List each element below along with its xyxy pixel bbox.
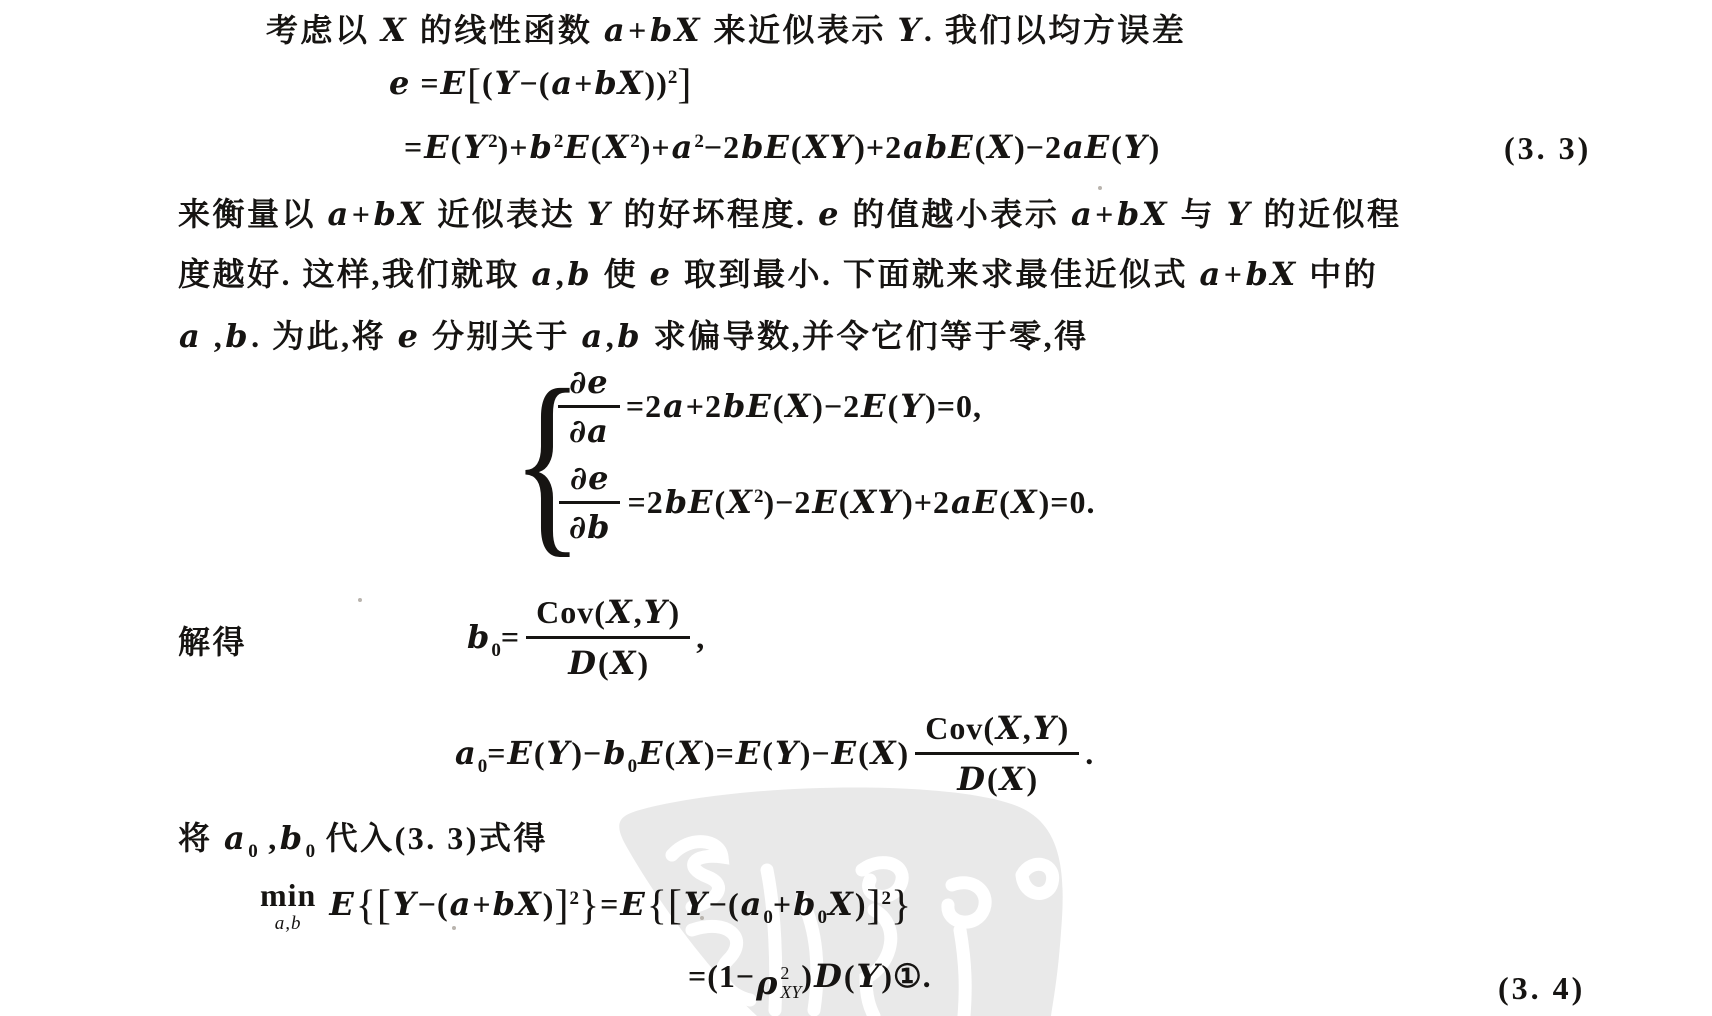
math-text: Cov( [925, 710, 995, 746]
math-text: X [676, 734, 704, 772]
math-text: ) [1058, 710, 1070, 746]
math-text: ( [844, 958, 856, 994]
math-run: a0=E(Y)−b0E(X)=E(Y)−E(X) [454, 733, 909, 773]
math-text: ) [881, 958, 893, 994]
math-text: ( [999, 484, 1011, 520]
math-sup: 2 [881, 888, 891, 909]
math-text: a [1199, 255, 1224, 293]
math-text: bE [740, 128, 791, 166]
math-text: = [487, 735, 506, 771]
math-text: −2 [704, 129, 740, 165]
math-text: )) [645, 65, 668, 101]
math-sub: 0 [478, 756, 488, 777]
math-text: Y [586, 195, 613, 233]
math-text: , [634, 594, 643, 630]
math-text: + [352, 196, 373, 232]
math-text: e [817, 195, 842, 233]
math-denominator: ∂b [558, 504, 621, 546]
math-text: [ [467, 62, 482, 108]
math-text: ( [762, 735, 774, 771]
equation-b0: b0=Cov(X,Y)D(X), [466, 588, 705, 686]
math-text: ( [482, 65, 494, 101]
math-text: )= [704, 735, 735, 771]
math-text: =2 [626, 388, 662, 424]
math-fraction: Cov(X,Y)D(X) [915, 708, 1079, 799]
equation-partial-b: ∂e∂b=2bE(X2)−2E(XY)+2aE(X)=0. [552, 454, 1095, 550]
math-text: ) [855, 886, 867, 922]
math-text: a [454, 734, 478, 772]
math-text: 的好坏程度. [613, 196, 817, 232]
math-sup: 2 [780, 964, 801, 983]
math-text: ( [591, 129, 603, 165]
math-sub: 0 [628, 756, 638, 777]
math-text: =(1− [688, 958, 755, 994]
math-text: Y [462, 128, 488, 166]
math-text: . [1085, 735, 1094, 771]
math-text: ) [898, 735, 910, 771]
math-text: ( [1111, 129, 1123, 165]
math-text: X [380, 11, 409, 49]
math-text: = [404, 129, 423, 165]
math-supsub-stack: 2XY [780, 964, 801, 1002]
math-text: {[ [647, 883, 683, 929]
math-text: a [531, 255, 556, 293]
math-text: 来近似表示 [703, 12, 897, 48]
math-min-subscript: a,b [275, 914, 302, 933]
math-text: b [792, 885, 817, 923]
scanned-textbook-page: 考虑以 X 的线性函数 a+bX 来近似表示 Y. 我们以均方误差 e =E[(… [0, 0, 1712, 1016]
math-text: X [610, 644, 638, 682]
paragraph-substitute: 将 a0 ,b0 代入(3. 3)式得 [178, 816, 548, 860]
math-sub: 0 [306, 841, 316, 862]
math-text: +2 [686, 388, 722, 424]
math-text: Y [899, 387, 925, 425]
math-text: , [203, 318, 224, 354]
math-text: E [328, 885, 355, 923]
math-denominator: ∂a [558, 408, 620, 450]
math-text: Y [774, 734, 800, 772]
math-min-operator: mina,b [260, 875, 316, 933]
math-text: X [999, 760, 1027, 798]
math-text: ( [858, 735, 870, 771]
math-text: E [423, 128, 450, 166]
equation-rho-result: =(1−ρ2XY)D(Y)①. [688, 956, 932, 1002]
math-text: bE [664, 483, 715, 521]
math-text: )=0, [925, 388, 982, 424]
math-text: e [388, 64, 411, 102]
math-text: Y [546, 734, 572, 772]
math-text: aE [950, 483, 999, 521]
math-text: a [740, 885, 764, 923]
math-text: 中的 [1299, 256, 1379, 292]
math-denominator: D(X) [557, 639, 659, 683]
math-run: 将 a0 ,b0 代入(3. 3)式得 [178, 818, 548, 858]
math-text: a [671, 128, 695, 166]
math-text: E [637, 734, 664, 772]
math-text: )=0. [1039, 484, 1096, 520]
math-text: Y [855, 957, 881, 995]
math-run: b0= [466, 617, 520, 657]
math-text: )+ [640, 129, 671, 165]
math-text: , [606, 318, 617, 354]
math-text: 考虑以 [266, 12, 380, 48]
math-text: . 为此,将 [251, 318, 397, 354]
math-text: Y [683, 885, 709, 923]
math-text: bX [593, 64, 644, 102]
math-sup: 2 [694, 131, 704, 152]
math-run: D(X) [956, 761, 1038, 797]
math-text: ( [975, 129, 987, 165]
math-text: + [472, 886, 491, 922]
solve-label: 解得 [178, 620, 247, 664]
math-text: 取到最小. 下面就来求最佳近似式 [674, 256, 1199, 292]
math-numerator: ∂e [558, 363, 619, 408]
math-sup: 2 [630, 131, 640, 152]
math-text: )− [800, 735, 831, 771]
math-text: )+2 [902, 484, 950, 520]
math-sup: 2 [668, 67, 678, 88]
math-run: ∂e [569, 460, 610, 496]
math-text: b [224, 317, 251, 355]
math-text: a [550, 64, 574, 102]
math-text: XY [803, 128, 855, 166]
math-fraction: ∂e∂a [558, 363, 620, 450]
math-text: = [501, 619, 520, 655]
math-text: 求偏导数,并令它们等于零,得 [643, 318, 1089, 354]
math-text: ( [534, 735, 546, 771]
math-text: X [784, 387, 812, 425]
math-run: , [696, 617, 705, 657]
math-text: Cov( [536, 594, 606, 630]
math-text: )−2 [763, 484, 811, 520]
math-text: 来衡量以 [178, 196, 327, 232]
math-text: ( [598, 645, 610, 681]
math-text: E [506, 734, 533, 772]
math-text: ∂b [568, 508, 611, 546]
math-text: . 我们以均方误差 [924, 12, 1187, 48]
math-text: ] [866, 883, 881, 929]
paragraph-line-4: a ,b. 为此,将 e 分别关于 a,b 求偏导数,并令它们等于零,得 [178, 314, 1089, 358]
math-fraction: Cov(X,Y)D(X) [526, 592, 690, 683]
math-text: ( [714, 484, 726, 520]
math-text: )−2 [812, 388, 860, 424]
math-sub: 0 [248, 841, 258, 862]
math-text: e [397, 317, 422, 355]
math-text: Y [643, 593, 669, 631]
math-run: D(X) [567, 645, 649, 681]
math-text: )−2 [1014, 129, 1062, 165]
math-text: )+ [498, 129, 529, 165]
math-text: a [327, 195, 352, 233]
math-text: a [1070, 195, 1095, 233]
math-text: = [600, 886, 619, 922]
math-text: b [529, 128, 554, 166]
math-run: ∂a [568, 413, 610, 449]
math-sub: 0 [763, 907, 773, 928]
math-run: 考虑以 X 的线性函数 a+bX 来近似表示 Y. 我们以均方误差 [266, 10, 1186, 50]
math-text: {[ [356, 883, 392, 929]
math-text: X [602, 128, 630, 166]
equation-a0: a0=E(Y)−b0E(X)=E(Y)−E(X)Cov(X,Y)D(X). [454, 704, 1094, 802]
math-numerator: Cov(X,Y) [526, 592, 690, 639]
equation-number-3-3: (3. 3) [1504, 130, 1591, 167]
math-text: b [566, 255, 593, 293]
paragraph-line-2: 来衡量以 a+bX 近似表达 Y 的好坏程度. e 的值越小表示 a+bX 与 … [178, 192, 1401, 236]
system-of-equations: ∂e∂a=2a+2bE(X)−2E(Y)=0, ∂e∂b=2bE(X2)−2E(… [552, 358, 1095, 550]
math-text: ( [451, 129, 463, 165]
math-sub: 0 [817, 907, 827, 928]
math-run: =(1−ρ2XY)D(Y)①. [688, 956, 932, 1003]
math-text: X [995, 709, 1023, 747]
math-denominator: D(X) [946, 755, 1048, 799]
math-text: ) [1027, 761, 1039, 797]
math-rho-group: ρ2XY [755, 963, 801, 1003]
math-run: 度越好. 这样,我们就取 a,b 使 e 取到最小. 下面就来求最佳近似式 a+… [178, 254, 1378, 294]
math-text: )− [571, 735, 602, 771]
math-text: a [178, 317, 203, 355]
math-sup: 2 [569, 888, 579, 909]
math-run: =E(Y2)+b2E(X2)+a2−2bE(XY)+2abE(X)−2aE(Y) [404, 127, 1160, 167]
math-run: =2bE(X2)−2E(XY)+2aE(X)=0. [627, 483, 1095, 521]
math-run: ∂b [568, 509, 611, 545]
math-text: 使 [593, 256, 649, 292]
math-run: E{[Y−(a+bX)]2}=E{[Y−(a0+b0X)]2} [328, 884, 912, 924]
math-text: X [606, 593, 634, 631]
math-text: E [811, 483, 838, 521]
math-text: ∂e [568, 363, 609, 401]
math-text: )+2 [854, 129, 902, 165]
math-text: Y [897, 11, 924, 49]
math-min-label: min [260, 875, 316, 915]
math-text: ( [665, 735, 677, 771]
math-text: + [628, 12, 649, 48]
math-text: , [556, 256, 567, 292]
math-text: XY [850, 483, 902, 521]
math-text: b [279, 819, 306, 857]
equation-partial-a: ∂e∂a=2a+2bE(X)−2E(Y)=0, [552, 358, 1095, 454]
math-text: −( [709, 886, 740, 922]
math-run: 来衡量以 a+bX 近似表达 Y 的好坏程度. e 的值越小表示 a+bX 与 … [178, 194, 1401, 234]
math-text: Y [1123, 128, 1149, 166]
math-run: e =E[(Y−(a+bX))2] [388, 63, 692, 103]
math-fraction: ∂e∂b [558, 459, 621, 546]
math-text: bX [492, 885, 543, 923]
math-text: −( [519, 65, 550, 101]
paragraph-line-3: 度越好. 这样,我们就取 a,b 使 e 取到最小. 下面就来求最佳近似式 a+… [178, 252, 1378, 296]
math-text: E [860, 387, 887, 425]
math-text: , [1023, 710, 1032, 746]
math-rho-base: ρ [755, 963, 779, 1003]
math-text: X [1011, 483, 1039, 521]
math-text: bX [649, 11, 703, 49]
math-text: X [870, 734, 898, 772]
math-text: ( [773, 388, 785, 424]
math-text: e [649, 255, 674, 293]
math-text: = [411, 65, 439, 101]
math-text: aE [1062, 128, 1111, 166]
math-text: D [567, 644, 598, 682]
math-numerator: Cov(X,Y) [915, 708, 1079, 755]
math-sub: 0 [491, 640, 501, 661]
math-text: D [813, 957, 844, 995]
math-text: a [662, 387, 686, 425]
equation-number-3-4: (3. 4) [1498, 970, 1585, 1007]
math-text: X [986, 128, 1014, 166]
math-text: ∂a [568, 412, 610, 450]
math-text: bX [1116, 195, 1170, 233]
math-text: E [440, 64, 467, 102]
math-text: a [449, 885, 473, 923]
paragraph-line-1: 考虑以 X 的线性函数 a+bX 来近似表示 Y. 我们以均方误差 [266, 8, 1186, 52]
math-text: } [579, 883, 600, 929]
math-text: Y [1226, 195, 1253, 233]
math-text: ) [1149, 129, 1161, 165]
math-run: . [1085, 733, 1094, 773]
math-text: ( [888, 388, 900, 424]
math-text: ) [637, 645, 649, 681]
math-text: 与 [1170, 196, 1226, 232]
math-sub: XY [780, 983, 801, 1002]
math-text: b [466, 618, 491, 656]
math-text: ①. [893, 958, 932, 994]
scan-speck [358, 598, 362, 602]
math-text: D [956, 760, 987, 798]
math-text: −( [418, 886, 449, 922]
math-text: E [619, 885, 646, 923]
math-sup: 2 [488, 131, 498, 152]
math-run: ∂e [568, 364, 609, 400]
math-text: E [735, 734, 762, 772]
math-text: Y [1032, 709, 1058, 747]
math-text: abE [902, 128, 975, 166]
scan-speck [1098, 186, 1102, 190]
math-text: ∂e [569, 459, 610, 497]
math-text: Y [392, 885, 418, 923]
equation-min: mina,bE{[Y−(a+bX)]2}=E{[Y−(a0+b0X)]2} [260, 870, 912, 938]
math-text: X [726, 483, 754, 521]
math-text: 的值越小表示 [842, 196, 1070, 232]
math-text: ( [791, 129, 803, 165]
math-text: ] [554, 883, 569, 929]
math-run: Cov(X,Y) [536, 594, 680, 630]
math-text: 的近似程 [1253, 196, 1402, 232]
math-text: 的线性函数 [409, 12, 603, 48]
math-text: ] [677, 62, 692, 108]
equation-mse-definition: e =E[(Y−(a+bX))2] [388, 58, 692, 108]
math-text: E [563, 128, 590, 166]
math-sup: 2 [554, 131, 564, 152]
math-text: a [603, 11, 628, 49]
math-text: E [831, 734, 858, 772]
math-text: , [696, 619, 705, 655]
math-text: bX [1244, 255, 1298, 293]
math-text: b [616, 317, 643, 355]
equation-mse-expanded: =E(Y2)+b2E(X2)+a2−2bE(XY)+2abE(X)−2aE(Y) [404, 122, 1160, 172]
math-text: X [827, 885, 855, 923]
math-run: a ,b. 为此,将 e 分别关于 a,b 求偏导数,并令它们等于零,得 [178, 316, 1089, 356]
solve-label-text: 解得 [178, 622, 247, 662]
math-text: , [258, 820, 279, 856]
math-text: ) [801, 958, 813, 994]
math-text: ( [987, 761, 999, 797]
math-text: b [602, 734, 627, 772]
math-text: bE [722, 387, 773, 425]
math-text: bX [372, 195, 426, 233]
math-run: Cov(X,Y) [925, 710, 1069, 746]
math-text: + [773, 886, 792, 922]
math-text: 将 [178, 820, 223, 856]
math-text: ( [839, 484, 851, 520]
math-text: 代入(3. 3)式得 [315, 820, 548, 856]
math-text: + [574, 65, 593, 101]
math-text: 近似表达 [427, 196, 586, 232]
math-text: a [223, 819, 248, 857]
math-text: a [581, 317, 606, 355]
math-text: 度越好. 这样,我们就取 [178, 256, 531, 292]
math-numerator: ∂e [559, 459, 620, 504]
math-text: + [1224, 256, 1245, 292]
math-text: + [1095, 196, 1116, 232]
math-text: =2 [627, 484, 663, 520]
math-run: =2a+2bE(X)−2E(Y)=0, [626, 387, 982, 425]
math-text: Y [494, 64, 520, 102]
math-text: ) [669, 594, 681, 630]
math-text: } [891, 883, 912, 929]
math-text: ) [543, 886, 555, 922]
